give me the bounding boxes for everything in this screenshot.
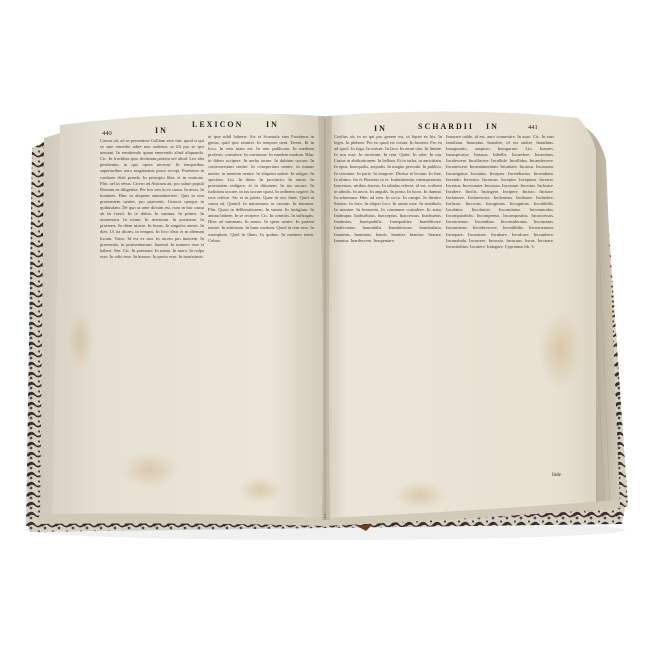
right-running-head-left: IN <box>374 124 387 133</box>
right-folio: 441 <box>528 124 538 131</box>
left-running-head-right: IN <box>266 120 279 129</box>
right-page-column-1: Coelius ait, in eo qui pro genere est, u… <box>334 134 442 472</box>
right-running-head-title: SCHARDII <box>418 122 474 131</box>
photo-scene: 440 IN LEXICON IN Caesar ait, ad se peru… <box>0 0 650 650</box>
right-page-catchword: Inde <box>552 473 561 478</box>
left-page-column-2: ut ipse nihil haberet. Sic et Scaeuola e… <box>208 134 314 480</box>
left-running-head-title: LEXICON <box>192 120 243 129</box>
right-page-column-2: Inaurare ualde, id est, auro conuestire.… <box>446 134 554 474</box>
right-running-head-right: IN <box>486 122 499 131</box>
left-page-column-1: Caesar ait, ad se peruenisse Galliam ess… <box>100 138 204 478</box>
left-folio: 440 <box>102 130 112 137</box>
left-running-head-left: IN <box>155 126 168 135</box>
